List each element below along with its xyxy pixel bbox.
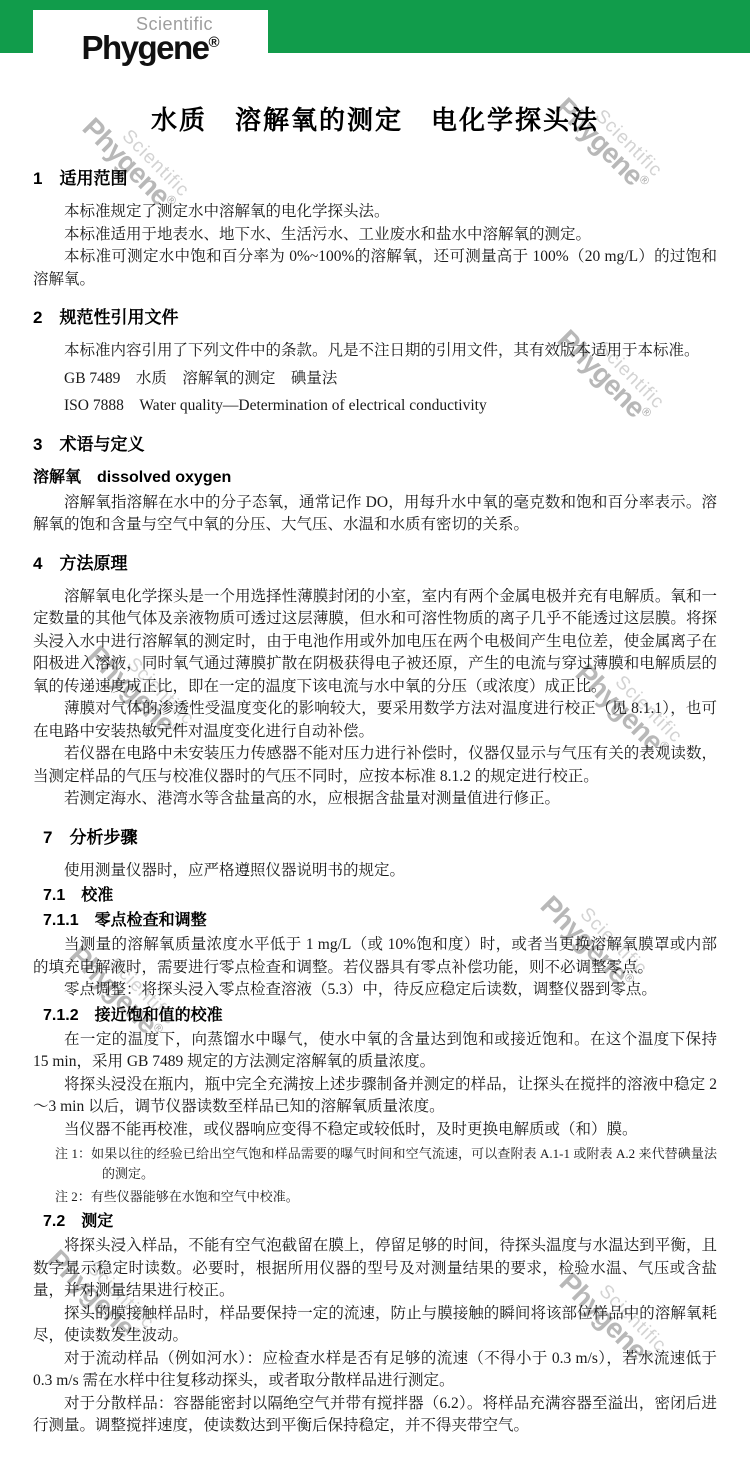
paragraph: 零点调整：将探头浸入零点检查溶液（5.3）中，待反应稳定后读数，调整仪器到零点。 bbox=[33, 979, 717, 1002]
paragraph: 使用测量仪器时，应严格遵照仪器说明书的规定。 bbox=[33, 860, 717, 883]
paragraph: 当仪器不能再校准，或仪器响应变得不稳定或较低时，及时更换电解质或（和）膜。 bbox=[33, 1119, 717, 1142]
heading-7-analysis-steps: 7 分析步骤 bbox=[43, 827, 717, 849]
paragraph: 将探头浸没在瓶内，瓶中完全充满按上述步骤制备并测定的样品，让探头在搅拌的溶液中稳… bbox=[33, 1074, 717, 1119]
heading-2-normative-references: 2 规范性引用文件 bbox=[33, 307, 717, 329]
paragraph: 对于分散样品：容器能密封以隔绝空气并带有搅拌器（6.2）。将样品充满容器至溢出，… bbox=[33, 1393, 717, 1438]
paragraph: 对于流动样品（例如河水）：应检查水样是否有足够的流速（不得小于 0.3 m/s）… bbox=[33, 1348, 717, 1393]
heading-7-1-2-saturation-calibration: 7.1.2 接近饱和值的校准 bbox=[43, 1004, 717, 1027]
paragraph: 本标准可测定水中饱和百分率为 0%~100%的溶解氧，还可测量高于 100%（2… bbox=[33, 246, 717, 291]
note-label: 注 2： bbox=[55, 1189, 91, 1204]
paragraph: 溶解氧指溶解在水中的分子态氧，通常记作 DO，用每升水中氧的毫克数和饱和百分率表… bbox=[33, 492, 717, 537]
heading-7-2-determination: 7.2 测定 bbox=[43, 1210, 717, 1233]
registered-trademark-icon: ® bbox=[208, 34, 219, 51]
heading-1-scope: 1 适用范围 bbox=[33, 168, 717, 190]
heading-4-method-principle: 4 方法原理 bbox=[33, 553, 717, 575]
paragraph: GB 7489 水质 溶解氧的测定 碘量法 bbox=[33, 368, 717, 391]
paragraph: 当测量的溶解氧质量浓度水平低于 1 mg/L（或 10%饱和度）时，或者当更换溶… bbox=[33, 934, 717, 979]
document-page: Scientific Phygene® ScientificPhygene® S… bbox=[0, 0, 750, 1480]
paragraph: 本标准适用于地表水、地下水、生活污水、工业废水和盐水中溶解氧的测定。 bbox=[33, 224, 717, 247]
document-body: 1 适用范围本标准规定了测定水中溶解氧的电化学探头法。本标准适用于地表水、地下水… bbox=[33, 168, 717, 1438]
logo-phygene-text: Phygene® bbox=[81, 31, 219, 64]
note-label: 注 1： bbox=[55, 1146, 91, 1161]
logo-phygene-wordmark: Phygene bbox=[81, 29, 208, 66]
note-2: 注 2：有些仪器能够在水饱和空气中校准。 bbox=[55, 1187, 717, 1207]
header-bar: Scientific Phygene® bbox=[0, 0, 750, 53]
heading-7-1-1-zero-check: 7.1.1 零点检查和调整 bbox=[43, 909, 717, 932]
paragraph: 本标准规定了测定水中溶解氧的电化学探头法。 bbox=[33, 201, 717, 224]
paragraph: 探头的膜接触样品时，样品要保持一定的流速，防止与膜接触的瞬间将该部位样品中的溶解… bbox=[33, 1303, 717, 1348]
paragraph: 若仪器在电路中未安装压力传感器不能对压力进行补偿时，仪器仅显示与气压有关的表观读… bbox=[33, 743, 717, 788]
paragraph: 溶解氧电化学探头是一个用选择性薄膜封闭的小室，室内有两个金属电极并充有电解质。氧… bbox=[33, 586, 717, 699]
paragraph: 薄膜对气体的渗透性受温度变化的影响较大，要采用数学方法对温度进行校正（见 8.1… bbox=[33, 698, 717, 743]
phygene-logo: Scientific Phygene® bbox=[33, 10, 268, 68]
paragraph: 在一定的温度下，向蒸馏水中曝气，使水中氧的含量达到饱和或接近饱和。在这个温度下保… bbox=[33, 1029, 717, 1074]
document-title: 水质 溶解氧的测定 电化学探头法 bbox=[0, 103, 750, 138]
term-dissolved-oxygen: 溶解氧 dissolved oxygen bbox=[33, 467, 717, 489]
paragraph: 本标准内容引用了下列文件中的条款。凡是不注日期的引用文件，其有效版本适用于本标准… bbox=[33, 340, 717, 363]
paragraph: 若测定海水、港湾水等含盐量高的水，应根据含盐量对测量值进行修正。 bbox=[33, 788, 717, 811]
logo-scientific-text: Scientific bbox=[136, 15, 213, 33]
paragraph: ISO 7888 Water quality—Determination of … bbox=[33, 395, 717, 418]
note-1: 注 1：如果以往的经验已给出空气饱和样品需要的曝气时间和空气流速，可以查附表 A… bbox=[55, 1144, 717, 1184]
heading-3-terms-definitions: 3 术语与定义 bbox=[33, 434, 717, 456]
heading-7-1-calibration: 7.1 校准 bbox=[43, 884, 717, 907]
paragraph: 将探头浸入样品，不能有空气泡截留在膜上，停留足够的时间，待探头温度与水温达到平衡… bbox=[33, 1235, 717, 1303]
